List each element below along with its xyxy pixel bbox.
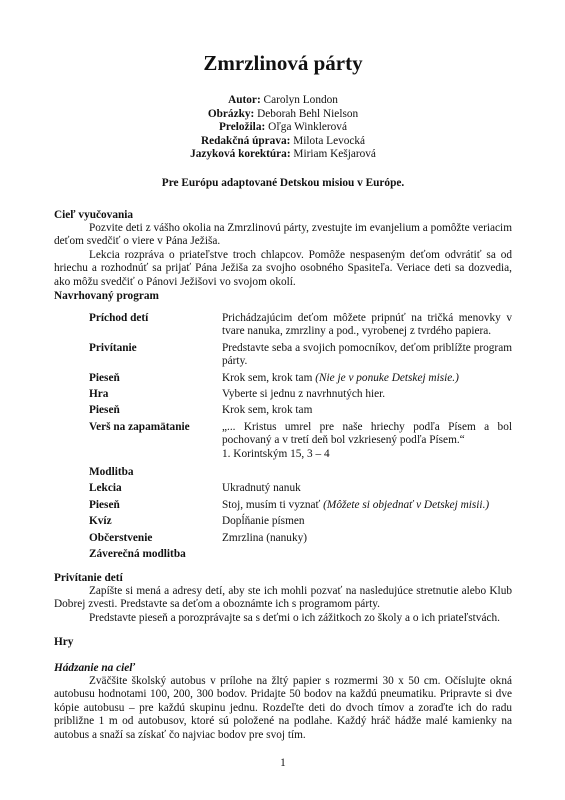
document-title: Zmrzlinová párty xyxy=(54,51,512,75)
goal-text: Pozvite deti z vášho okolia na Zmrzlinov… xyxy=(54,222,512,289)
program-row: Lekcia Ukradnutý nanuk xyxy=(89,482,512,495)
welcome-paragraph: Zapíšte si mená a adresy detí, aby ste i… xyxy=(54,585,512,612)
game-paragraph: Zväčšite školský autobus v prílohe na žl… xyxy=(54,675,512,742)
memory-verse-text: „... Kristus umrel pre naše hriechy podľ… xyxy=(222,421,512,448)
program-row: Verš na zapamätanie „... Kristus umrel p… xyxy=(89,421,512,461)
program-heading: Navrhovaný program xyxy=(54,290,159,303)
welcome-heading: Privítanie detí xyxy=(54,572,123,585)
program-row: Hra Vyberte si jednu z navrhnutých hier. xyxy=(89,388,512,401)
adapted-note: Pre Európu adaptované Detskou misiou v E… xyxy=(54,177,512,190)
goal-paragraph: Pozvite deti z vášho okolia na Zmrzlinov… xyxy=(54,222,512,249)
program-row: Modlitba xyxy=(89,466,512,479)
credit-illustrations: Obrázky: Deborah Behl Nielson xyxy=(54,108,512,122)
credit-proofreader: Jazyková korektúra: Miriam Kešjarová xyxy=(54,148,512,162)
program-row: Pieseň Krok sem, krok tam (Nie je v ponu… xyxy=(89,372,512,385)
credit-translator: Preložila: Oľga Winklerová xyxy=(54,121,512,135)
program-row: Príchod detí Prichádzajúcim deťom môžete… xyxy=(89,312,512,339)
memory-verse-reference: 1. Korintským 15, 3 – 4 xyxy=(222,448,512,461)
program-note: (Môžete si objednať v Detskej misii.) xyxy=(323,499,489,511)
credit-editor: Redakčná úprava: Milota Levocká xyxy=(54,135,512,149)
program-row: Záverečná modlitba xyxy=(89,548,512,561)
program-row: Občerstvenie Zmrzlina (nanuky) xyxy=(89,532,512,545)
program-table: Príchod detí Prichádzajúcim deťom môžete… xyxy=(89,312,512,562)
program-row: Pieseň Krok sem, krok tam xyxy=(89,404,512,417)
program-row: Pieseň Stoj, musím ti vyznať (Môžete si … xyxy=(89,499,512,512)
goal-paragraph: Lekcia rozpráva o priateľstve troch chla… xyxy=(54,249,512,289)
page-number: 1 xyxy=(54,757,512,770)
program-row: Privítanie Predstavte seba a svojich pom… xyxy=(89,342,512,369)
game-subheading: Hádzanie na cieľ xyxy=(54,662,135,675)
credit-author: Autor: Carolyn London xyxy=(54,94,512,108)
credits-block: Autor: Carolyn London Obrázky: Deborah B… xyxy=(54,94,512,162)
program-note: (Nie je v ponuke Detskej misie.) xyxy=(315,372,459,384)
welcome-text: Zapíšte si mená a adresy detí, aby ste i… xyxy=(54,585,512,625)
games-heading: Hry xyxy=(54,636,73,649)
goal-heading: Cieľ vyučovania xyxy=(54,209,133,222)
program-row: Kvíz Dopĺňanie písmen xyxy=(89,515,512,528)
game-text: Zväčšite školský autobus v prílohe na žl… xyxy=(54,675,512,742)
welcome-paragraph: Predstavte pieseň a porozprávajte sa s d… xyxy=(54,612,512,625)
